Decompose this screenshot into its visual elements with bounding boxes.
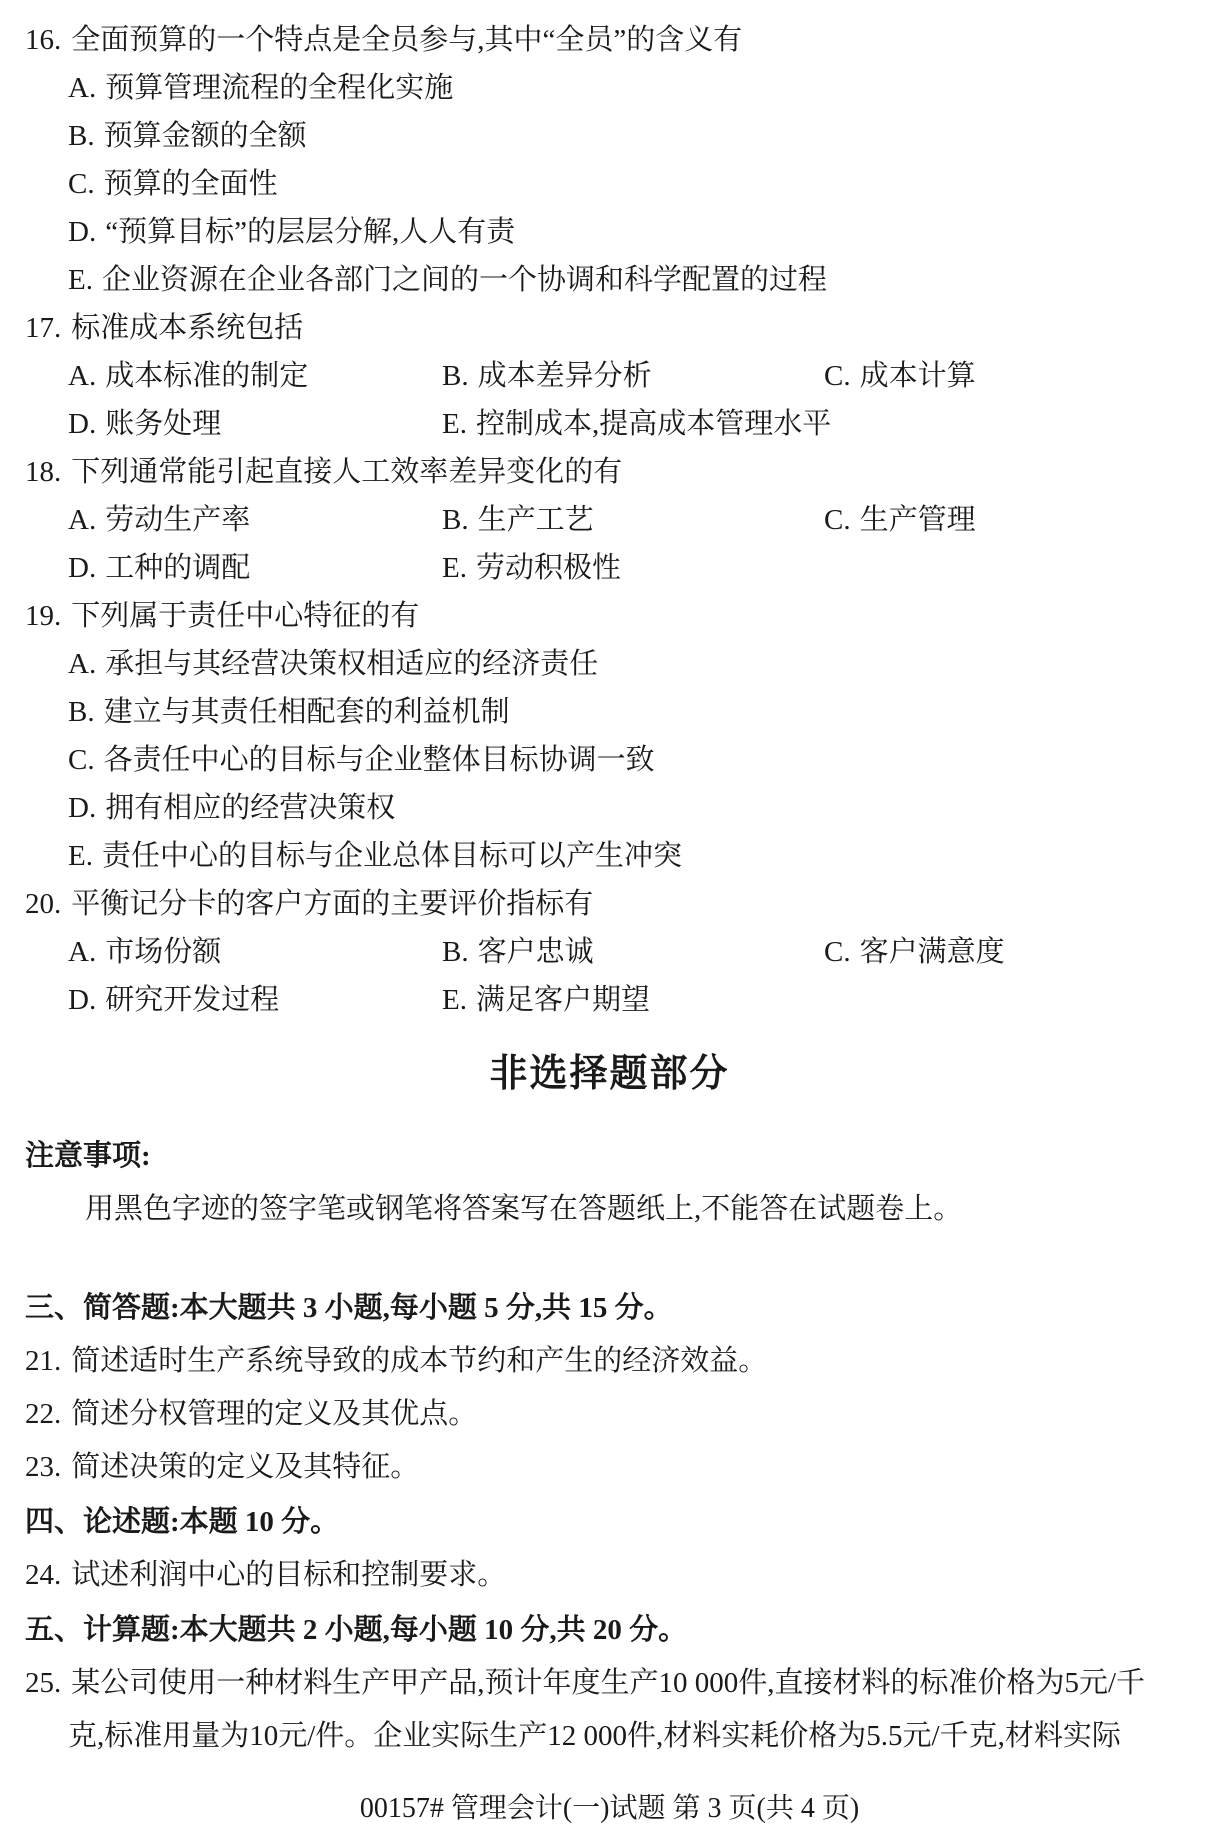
- question-17-option-b: B.成本差异分析: [442, 352, 824, 400]
- option-label: C.: [824, 360, 851, 392]
- option-text: 研究开发过程: [105, 984, 279, 1016]
- option-label: D.: [68, 552, 96, 584]
- option-text: 劳动积极性: [476, 552, 621, 584]
- question-19-option-d: D.拥有相应的经营决策权: [25, 784, 1194, 832]
- question-19-option-e: E.责任中心的目标与企业总体目标可以产生冲突: [25, 832, 1194, 880]
- question-21-text: 简述适时生产系统导致的成本节约和产生的经济效益。: [71, 1345, 767, 1377]
- question-17-text: 标准成本系统包括: [71, 312, 303, 344]
- question-20-option-e: E.满足客户期望: [442, 976, 824, 1024]
- question-17-option-c: C.成本计算: [824, 352, 1194, 400]
- option-text: 市场份额: [105, 936, 221, 968]
- option-text: 成本标准的制定: [105, 360, 308, 392]
- option-label: C.: [824, 936, 851, 968]
- option-text: 承担与其经营决策权相适应的经济责任: [105, 648, 598, 680]
- option-text: 企业资源在企业各部门之间的一个协调和科学配置的过程: [102, 264, 827, 296]
- option-text: 各责任中心的目标与企业整体目标协调一致: [104, 744, 655, 776]
- question-18: 18.下列通常能引起直接人工效率差异变化的有 A.劳动生产率 B.生产工艺 C.…: [25, 448, 1194, 592]
- option-text: 客户满意度: [860, 936, 1005, 968]
- question-17-option-e: E.控制成本,提高成本管理水平: [442, 400, 824, 448]
- option-label: B.: [442, 360, 469, 392]
- part3-heading: 三、简答题:本大题共 3 小题,每小题 5 分,共 15 分。: [25, 1282, 1194, 1335]
- question-21-number: 21.: [25, 1345, 61, 1377]
- question-25-text-line2: 克,标准用量为10元/件。企业实际生产12 000件,材料实耗价格为5.5元/千…: [68, 1720, 1121, 1752]
- option-text: 拥有相应的经营决策权: [105, 792, 395, 824]
- option-text: 满足客户期望: [476, 984, 650, 1016]
- question-17-option-d: D.账务处理: [68, 400, 442, 448]
- question-20-number: 20.: [25, 888, 61, 920]
- option-text: 生产工艺: [478, 504, 594, 536]
- question-17-options-de: D.账务处理 E.控制成本,提高成本管理水平: [25, 400, 1194, 448]
- question-19: 19.下列属于责任中心特征的有 A.承担与其经营决策权相适应的经济责任 B.建立…: [25, 592, 1194, 880]
- question-18-option-a: A.劳动生产率: [68, 496, 442, 544]
- question-18-options-de: D.工种的调配 E.劳动积极性: [25, 544, 1194, 592]
- question-16-number: 16.: [25, 24, 61, 56]
- question-19-stem: 19.下列属于责任中心特征的有: [25, 592, 1194, 640]
- question-18-option-c: C.生产管理: [824, 496, 1194, 544]
- option-text: 预算管理流程的全程化实施: [105, 72, 453, 104]
- option-text: 账务处理: [105, 408, 221, 440]
- question-18-option-d: D.工种的调配: [68, 544, 442, 592]
- option-label: E.: [442, 408, 467, 440]
- question-22: 22.简述分权管理的定义及其优点。: [25, 1388, 1194, 1441]
- question-23: 23.简述决策的定义及其特征。: [25, 1441, 1194, 1494]
- option-label: B.: [68, 120, 95, 152]
- question-19-number: 19.: [25, 600, 61, 632]
- part4-heading: 四、论述题:本题 10 分。: [25, 1496, 1194, 1549]
- option-text: 生产管理: [860, 504, 976, 536]
- question-19-text: 下列属于责任中心特征的有: [71, 600, 419, 632]
- option-label: C.: [68, 744, 95, 776]
- option-label: A.: [68, 72, 96, 104]
- question-16-option-b: B.预算金额的全额: [25, 112, 1194, 160]
- question-24: 24.试述利润中心的目标和控制要求。: [25, 1549, 1194, 1602]
- option-text: 控制成本,提高成本管理水平: [476, 408, 831, 440]
- question-20-option-b: B.客户忠诚: [442, 928, 824, 976]
- question-16-option-a: A.预算管理流程的全程化实施: [25, 64, 1194, 112]
- option-text: 预算金额的全额: [104, 120, 307, 152]
- question-17: 17.标准成本系统包括 A.成本标准的制定 B.成本差异分析 C.成本计算 D.…: [25, 304, 1194, 448]
- option-text: 客户忠诚: [478, 936, 594, 968]
- question-16-option-e: E.企业资源在企业各部门之间的一个协调和科学配置的过程: [25, 256, 1194, 304]
- option-label: C.: [824, 504, 851, 536]
- option-label: B.: [442, 936, 469, 968]
- option-label: D.: [68, 408, 96, 440]
- option-text: 预算的全面性: [104, 168, 278, 200]
- option-label: D.: [68, 792, 96, 824]
- question-25-line1: 25.某公司使用一种材料生产甲产品,预计年度生产10 000件,直接材料的标准价…: [25, 1657, 1194, 1710]
- question-19-option-b: B.建立与其责任相配套的利益机制: [25, 688, 1194, 736]
- notice-body: 用黑色字迹的签字笔或钢笔将答案写在答题纸上,不能答在试题卷上。: [25, 1183, 1194, 1236]
- question-19-option-c: C.各责任中心的目标与企业整体目标协调一致: [25, 736, 1194, 784]
- option-label: E.: [442, 984, 467, 1016]
- question-18-option-e: E.劳动积极性: [442, 544, 824, 592]
- question-20-option-d: D.研究开发过程: [68, 976, 442, 1024]
- option-text: 责任中心的目标与企业总体目标可以产生冲突: [102, 840, 682, 872]
- question-16-option-c: C.预算的全面性: [25, 160, 1194, 208]
- question-18-text: 下列通常能引起直接人工效率差异变化的有: [71, 456, 622, 488]
- part5-heading: 五、计算题:本大题共 2 小题,每小题 10 分,共 20 分。: [25, 1604, 1194, 1657]
- notice-title: 注意事项:: [25, 1130, 1194, 1183]
- question-17-option-a: A.成本标准的制定: [68, 352, 442, 400]
- question-16-option-d: D.“预算目标”的层层分解,人人有责: [25, 208, 1194, 256]
- question-20-options-abc: A.市场份额 B.客户忠诚 C.客户满意度: [25, 928, 1194, 976]
- question-24-text: 试述利润中心的目标和控制要求。: [71, 1559, 506, 1591]
- question-25-line2: 克,标准用量为10元/件。企业实际生产12 000件,材料实耗价格为5.5元/千…: [25, 1710, 1194, 1763]
- option-text: 工种的调配: [105, 552, 250, 584]
- question-20: 20.平衡记分卡的客户方面的主要评价指标有 A.市场份额 B.客户忠诚 C.客户…: [25, 880, 1194, 1024]
- page-footer: 00157# 管理会计(一)试题 第 3 页(共 4 页): [25, 1787, 1194, 1831]
- question-20-text: 平衡记分卡的客户方面的主要评价指标有: [71, 888, 593, 920]
- option-label: C.: [68, 168, 95, 200]
- question-18-option-b: B.生产工艺: [442, 496, 824, 544]
- option-label: E.: [68, 264, 93, 296]
- option-label: E.: [442, 552, 467, 584]
- option-text: 成本计算: [860, 360, 976, 392]
- option-text: 建立与其责任相配套的利益机制: [104, 696, 510, 728]
- question-17-options-abc: A.成本标准的制定 B.成本差异分析 C.成本计算: [25, 352, 1194, 400]
- question-22-text: 简述分权管理的定义及其优点。: [71, 1398, 477, 1430]
- question-16-text: 全面预算的一个特点是全员参与,其中“全员”的含义有: [71, 24, 742, 56]
- option-label: A.: [68, 360, 96, 392]
- option-text: “预算目标”的层层分解,人人有责: [105, 216, 515, 248]
- section-divider-title: 非选择题部分: [25, 1042, 1194, 1106]
- question-17-number: 17.: [25, 312, 61, 344]
- option-text: 成本差异分析: [478, 360, 652, 392]
- option-label: E.: [68, 840, 93, 872]
- option-label: D.: [68, 216, 96, 248]
- question-25-text-line1: 某公司使用一种材料生产甲产品,预计年度生产10 000件,直接材料的标准价格为5…: [71, 1667, 1145, 1699]
- question-20-stem: 20.平衡记分卡的客户方面的主要评价指标有: [25, 880, 1194, 928]
- option-label: A.: [68, 504, 96, 536]
- question-18-options-abc: A.劳动生产率 B.生产工艺 C.生产管理: [25, 496, 1194, 544]
- question-17-stem: 17.标准成本系统包括: [25, 304, 1194, 352]
- question-16-stem: 16.全面预算的一个特点是全员参与,其中“全员”的含义有: [25, 16, 1194, 64]
- question-20-option-a: A.市场份额: [68, 928, 442, 976]
- question-20-option-c: C.客户满意度: [824, 928, 1194, 976]
- question-19-option-a: A.承担与其经营决策权相适应的经济责任: [25, 640, 1194, 688]
- question-20-options-de: D.研究开发过程 E.满足客户期望: [25, 976, 1194, 1024]
- question-23-text: 简述决策的定义及其特征。: [71, 1451, 419, 1483]
- exam-page: 16.全面预算的一个特点是全员参与,其中“全员”的含义有 A.预算管理流程的全程…: [0, 0, 1219, 1845]
- question-24-number: 24.: [25, 1559, 61, 1591]
- option-label: A.: [68, 936, 96, 968]
- question-23-number: 23.: [25, 1451, 61, 1483]
- option-text: 劳动生产率: [105, 504, 250, 536]
- option-label: B.: [442, 504, 469, 536]
- question-22-number: 22.: [25, 1398, 61, 1430]
- question-16: 16.全面预算的一个特点是全员参与,其中“全员”的含义有 A.预算管理流程的全程…: [25, 16, 1194, 304]
- option-label: A.: [68, 648, 96, 680]
- question-18-number: 18.: [25, 456, 61, 488]
- question-21: 21.简述适时生产系统导致的成本节约和产生的经济效益。: [25, 1335, 1194, 1388]
- option-label: B.: [68, 696, 95, 728]
- option-label: D.: [68, 984, 96, 1016]
- question-18-stem: 18.下列通常能引起直接人工效率差异变化的有: [25, 448, 1194, 496]
- question-25-number: 25.: [25, 1667, 61, 1699]
